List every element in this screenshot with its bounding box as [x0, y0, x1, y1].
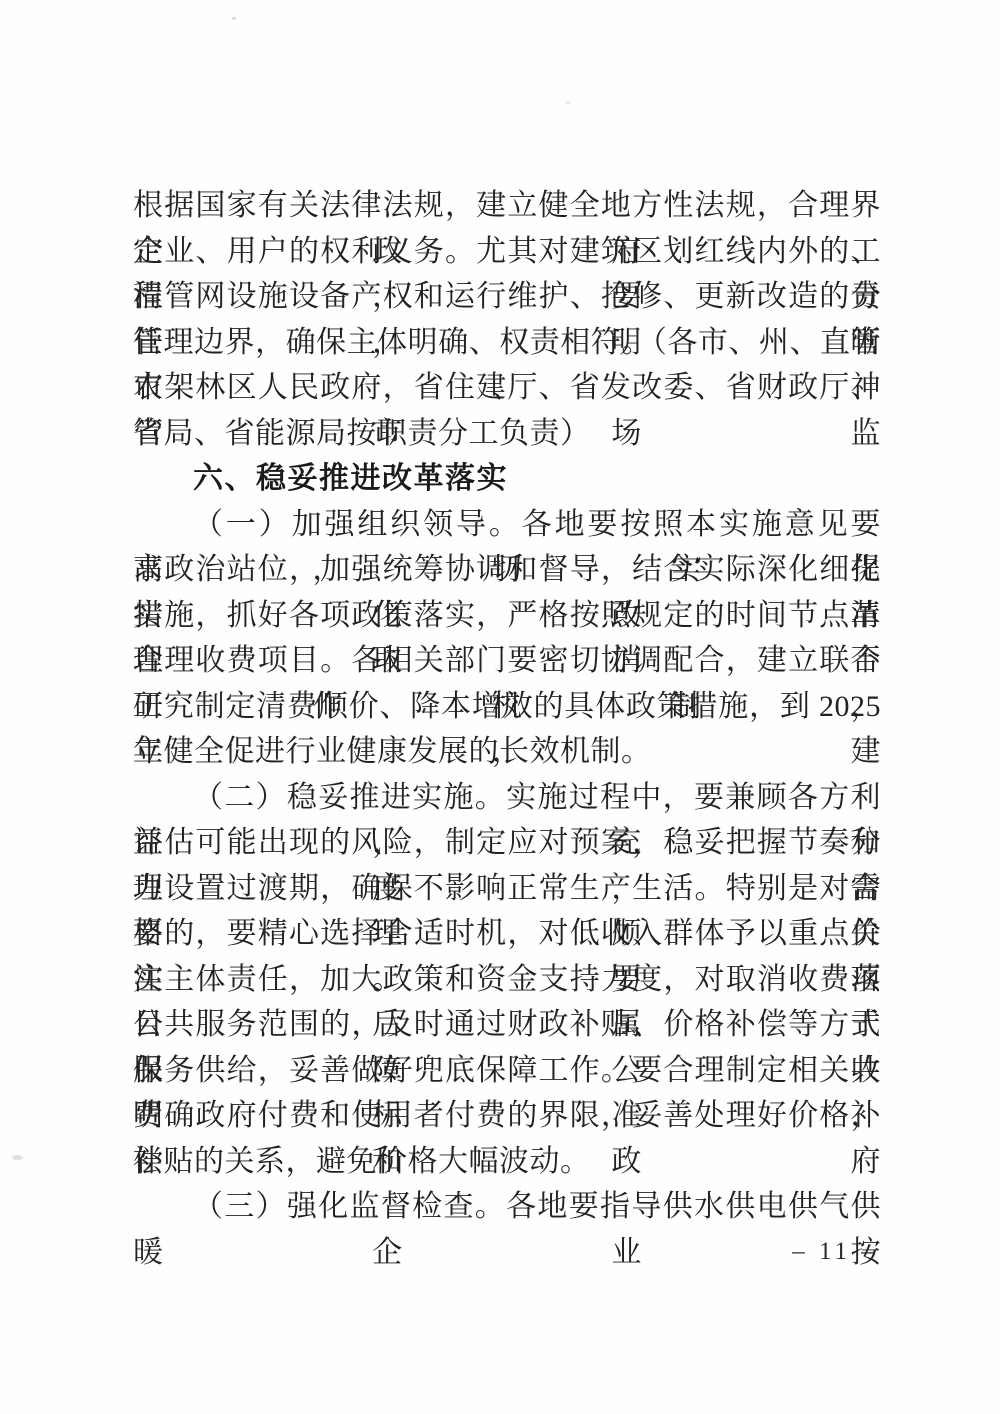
- scan-speck: [232, 17, 236, 20]
- text-line: 格的，要精心选择合适时机，对低收入群体予以重点关注。要落: [133, 911, 881, 957]
- text-line: 农架林区人民政府，省住建厅、省发改委、省财政厅、省市场监: [133, 365, 881, 411]
- scan-speck: [566, 101, 570, 104]
- text-line: 理设置过渡期，确保不影响正常生产生活。特别是对需要理顺价: [133, 866, 881, 912]
- text-line: 服务供给，妥善做好兜底保障工作。要合理制定相关收费标准，: [133, 1048, 881, 1094]
- text-line: 合理收费项目。各相关部门要密切协调配合，建立联合工作机制，: [133, 638, 881, 684]
- text-line: 管理边界，确保主体明确、权责相符。（各市、州、直管市、神: [133, 320, 881, 366]
- text-line: 措施，抓好各项政策落实，严格按照规定的时间节点清理取消不: [133, 593, 881, 639]
- page-number: – 11 –: [770, 1238, 900, 1266]
- section-heading: 六、稳妥推进改革落实: [133, 456, 881, 502]
- document-body: 根据国家有关法律法规，建立健全地方性法规，合理界定政府、企业、用户的权利义务。尤…: [133, 183, 881, 1230]
- text-line: 实主体责任，加大政策和资金支持力度，对取消收费项目后属于: [133, 957, 881, 1003]
- text-line: （一）加强组织领导。各地要按照本实施意见要求，切实提: [133, 502, 881, 548]
- text-line: 明确政府付费和使用者付费的界限，妥善处理好价格补偿和政府: [133, 1093, 881, 1139]
- text-line: 企业、用户的权利义务。尤其对建筑区划红线内外的工程，要分: [133, 229, 881, 275]
- text-line: 评估可能出现的风险，制定应对预案，稳妥把握节奏和力度，合: [133, 820, 881, 866]
- text-line: 根据国家有关法律法规，建立健全地方性法规，合理界定政府、: [133, 183, 881, 229]
- text-line: 公共服务范围的，及时通过财政补贴、价格补偿等方式保障公共: [133, 1002, 881, 1048]
- text-line: （二）稳妥推进实施。实施过程中，要兼顾各方利益，充分: [133, 775, 881, 821]
- scan-speck: [12, 1155, 23, 1160]
- text-line: （三）强化监督检查。各地要指导供水供电供气供暖企业按: [133, 1184, 881, 1230]
- scanned-document-page: 根据国家有关法律法规，建立健全地方性法规，合理界定政府、企业、用户的权利义务。尤…: [0, 0, 1000, 1414]
- text-line: 研究制定清费顺价、降本增效的具体政策措施，到 2025 年，建: [133, 684, 881, 730]
- text-line: 清管网设施设备产权和运行维护、抢修、更新改造的责任，明晰: [133, 274, 881, 320]
- text-line: 高政治站位，加强统筹协调和督导，结合实际深化细化实化改革: [133, 547, 881, 593]
